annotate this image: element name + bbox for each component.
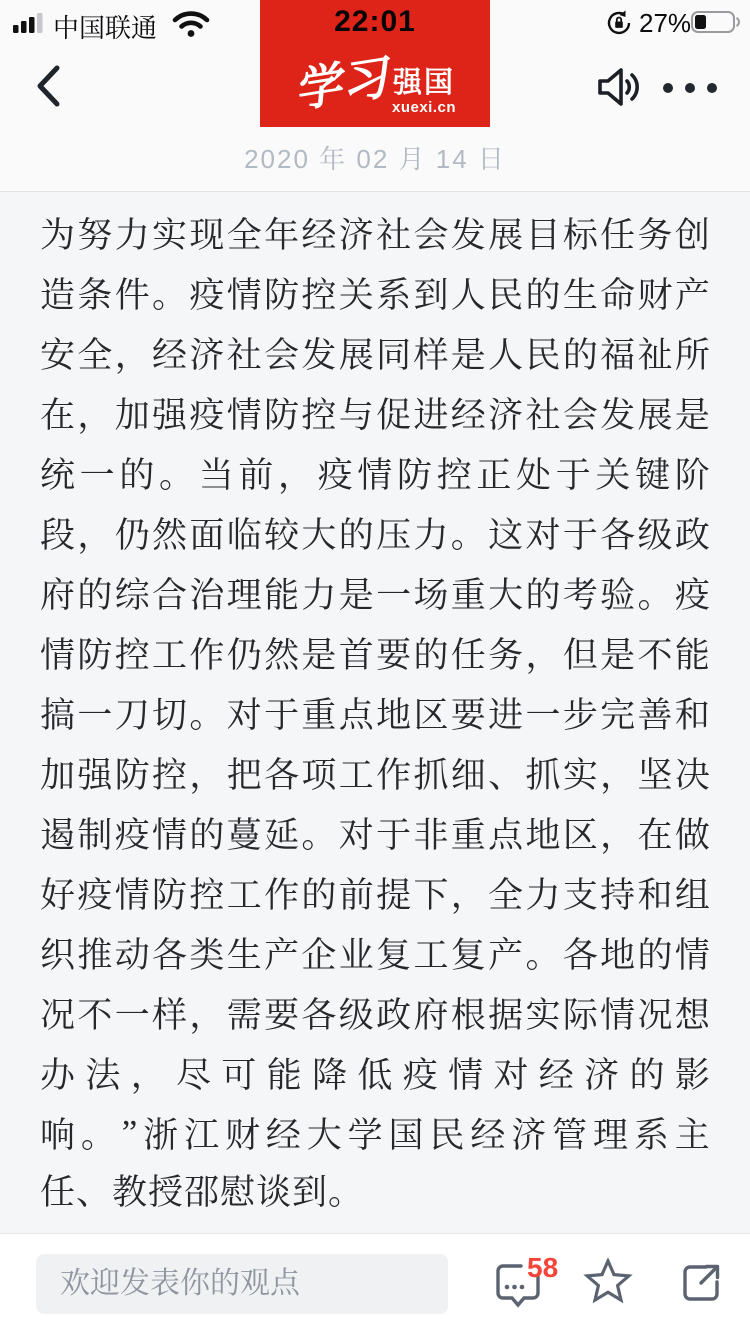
star-icon: [583, 1293, 633, 1310]
back-button[interactable]: [24, 62, 72, 114]
article-text-line: 安全，经济社会发展同样是人民的福祉所: [40, 323, 710, 383]
article-text-line: 办法，尽可能降低疫情对经济的影: [40, 1043, 710, 1103]
logo-bold-text: 强国: [393, 68, 455, 100]
read-aloud-button[interactable]: [592, 64, 646, 114]
article-text-line: 遏制疫情的蔓延。对于非重点地区，在做: [40, 803, 710, 863]
article-text-line: 搞一刀切。对于重点地区要进一步完善和: [40, 683, 710, 743]
article-text-line: 好疫情防控工作的前提下，全力支持和组: [40, 863, 710, 923]
status-time: 22:01: [260, 5, 490, 39]
logo-script-text: 学习: [291, 54, 391, 115]
article-text-line: 府的综合治理能力是一场重大的考验。疫: [40, 563, 710, 623]
article-text-line: 在，加强疫情防控与促进经济社会发展是: [40, 383, 710, 443]
comment-bubble-icon: [494, 1297, 542, 1314]
article-text-line: 情防控工作仍然是首要的任务，但是不能: [40, 623, 710, 683]
logo-domain-text: xuexi.cn: [392, 99, 456, 116]
more-options-button[interactable]: [658, 72, 724, 108]
comment-bar: 58: [0, 1233, 750, 1334]
app-screen: 中国联通 27%: [0, 0, 750, 1334]
share-button[interactable]: [678, 1260, 724, 1306]
article-text-line: 段，仍然面临较大的压力。这对于各级政: [40, 503, 710, 563]
carrier-label: 中国联通: [53, 8, 157, 45]
favorite-button[interactable]: [583, 1258, 633, 1308]
article-text-line: 任、教授邵慰谈到。: [40, 1163, 710, 1223]
xuexi-logo-banner[interactable]: 22:01 学习 强国 xuexi.cn: [260, 0, 490, 127]
article-text-line: 况不一样，需要各级政府根据实际情况想: [40, 983, 710, 1043]
ellipsis-icon: [661, 81, 721, 99]
article-body: 为努力实现全年经济社会发展目标任务创 造条件。疫情防控关系到人民的生命财产 安全…: [40, 203, 710, 1223]
comment-input[interactable]: [36, 1254, 448, 1314]
comment-count-badge: 58: [527, 1254, 558, 1282]
wifi-icon: [172, 10, 210, 43]
article-text-line: 响。”浙江财经大学国民经济管理系主: [40, 1103, 710, 1163]
orientation-lock-icon: [606, 10, 632, 41]
chevron-left-icon: [33, 64, 63, 113]
article-text-line: 为努力实现全年经济社会发展目标任务创: [40, 203, 710, 263]
share-icon: [678, 1293, 724, 1310]
article-text-line: 加强防控，把各项工作抓细、抓实，坚决: [40, 743, 710, 803]
battery-icon: [691, 11, 741, 38]
battery-percent-label: 27%: [639, 8, 691, 39]
header-region: 中国联通 27%: [0, 0, 750, 192]
article-text-line: 统一的。当前，疫情防控正处于关键阶: [40, 443, 710, 503]
xuexi-logo: 学习 强国 xuexi.cn: [260, 48, 490, 122]
cellular-signal-icon: [13, 12, 45, 39]
speaker-icon: [595, 65, 643, 114]
article-date: 2020 年 02 月 14 日: [0, 139, 750, 176]
article-text-line: 造条件。疫情防控关系到人民的生命财产: [40, 263, 710, 323]
article-text-line: 织推动各类生产企业复工复产。各地的情: [40, 923, 710, 983]
